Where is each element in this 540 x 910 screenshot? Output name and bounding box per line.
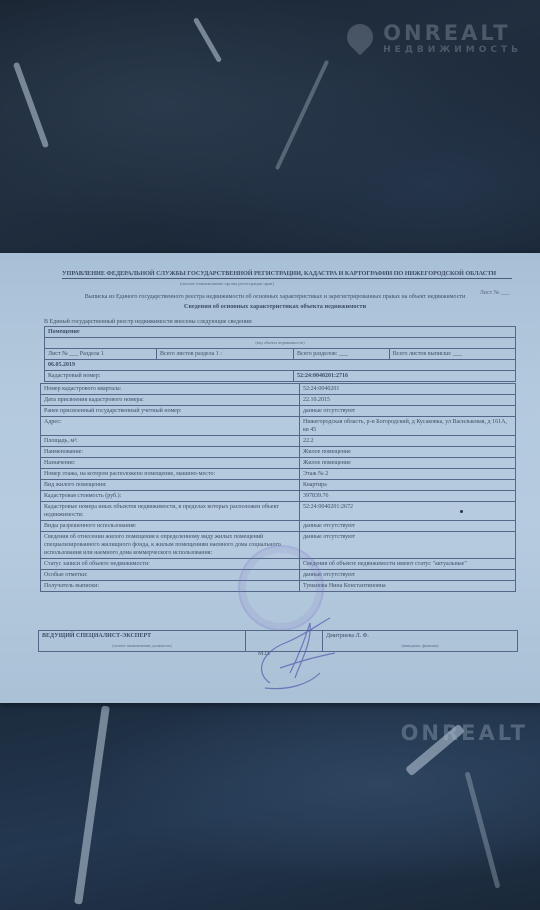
row-label: Кадастровая стоимость (руб.):	[41, 491, 300, 502]
row-label: Ранее присвоенный государственный учетны…	[41, 406, 300, 417]
agency-caption: (полное наименование органа регистрации …	[180, 281, 274, 286]
watermark-bottom: ONREALT	[401, 722, 528, 744]
table-row: Назначение:Жилое помещение	[41, 458, 516, 469]
row-label: Адрес:	[41, 417, 300, 436]
table-row: Дата присвоения кадастрового номера:22.1…	[41, 395, 516, 406]
table-row: Наименование:Жилое помещение	[41, 447, 516, 458]
row-value: Сведения об объекте недвижимости имеют с…	[300, 559, 516, 570]
table-row: Ранее присвоенный государственный учетны…	[41, 406, 516, 417]
extract-date: 06.05.2019	[45, 360, 516, 371]
row-value: 397839.76	[300, 491, 516, 502]
cadastral-number-label: Кадастровый номер:	[45, 371, 294, 382]
sheet-section: Лист № ___ Раздела 1	[45, 349, 157, 360]
row-label: Дата присвоения кадастрового номера:	[41, 395, 300, 406]
table-row: Номер этажа, на котором расположено поме…	[41, 469, 516, 480]
header-table: Помещение (вид объекта недвижимости) Лис…	[44, 326, 516, 382]
total-sheets-section: Всего листов раздела 1 :	[157, 349, 294, 360]
signer-name-caption: (инициалы, фамилия)	[323, 641, 518, 652]
total-sheets-extract: Всего листов выписки: ___	[389, 349, 515, 360]
row-value: Квартира	[300, 480, 516, 491]
row-value: данные отсутствуют	[300, 406, 516, 417]
table-row: Виды разрешенного использования:данные о…	[41, 521, 516, 532]
cadastral-number: 52:24:0040201:2716	[294, 371, 516, 382]
row-value: Жилое помещение	[300, 458, 516, 469]
row-value: данные отсутствуют	[300, 532, 516, 559]
document-subtitle: Сведения об основных характеристиках объ…	[35, 303, 515, 310]
row-label: Назначение:	[41, 458, 300, 469]
row-value: Туманова Нина Константиновна	[300, 581, 516, 592]
row-value: Жилое помещение	[300, 447, 516, 458]
table-row: Вид жилого помещения:Квартира	[41, 480, 516, 491]
extract-document: Управление федеральной службы государств…	[0, 253, 540, 703]
row-label: Наименование:	[41, 447, 300, 458]
row-value: 22.2	[300, 436, 516, 447]
signer-position: ВЕДУЩИЙ СПЕЦИАЛИСТ-ЭКСПЕРТ	[39, 631, 246, 642]
row-label: Номер кадастрового квартала:	[41, 384, 300, 395]
row-label: Площадь, м²:	[41, 436, 300, 447]
object-type-caption: (вид объекта недвижимости)	[45, 338, 516, 349]
watermark: ONREALT НЕДВИЖИМОСТЬ	[383, 22, 522, 56]
intro-text: В Единый государственный реестр недвижим…	[44, 319, 253, 325]
row-label: Кадастровые номера иных объектов недвижи…	[41, 502, 300, 521]
row-value: Этаж № 2	[300, 469, 516, 480]
row-value: данные отсутствуют	[300, 521, 516, 532]
document-title: Выписка из Единого государственного реес…	[35, 294, 515, 300]
table-row: Площадь, м²:22.2	[41, 436, 516, 447]
row-label: Номер этажа, на котором расположено поме…	[41, 469, 300, 480]
row-value: 22.10.2015	[300, 395, 516, 406]
agency-name: Управление федеральной службы государств…	[62, 270, 512, 279]
table-row: Номер кадастрового квартала:52:24:004020…	[41, 384, 516, 395]
signer-name: Дмитриева Л. Ф.	[323, 631, 518, 642]
row-value: 52:24:0040201:2672	[300, 502, 516, 521]
row-value: Нижегородская область, р-н Богородский, …	[300, 417, 516, 436]
table-row: Кадастровые номера иных объектов недвижи…	[41, 502, 516, 521]
row-value: 52:24:0040201	[300, 384, 516, 395]
row-label: Вид жилого помещения:	[41, 480, 300, 491]
signer-position-caption: (полное наименование должности)	[39, 641, 246, 652]
object-type: Помещение	[45, 327, 516, 338]
row-value: данные отсутствуют	[300, 570, 516, 581]
ink-dot	[460, 510, 463, 513]
row-label: Виды разрешенного использования:	[41, 521, 300, 532]
table-row: Кадастровая стоимость (руб.):397839.76	[41, 491, 516, 502]
total-sections: Всего разделов: ___	[294, 349, 390, 360]
handwritten-signature	[250, 613, 340, 693]
table-row: Адрес:Нижегородская область, р-н Богород…	[41, 417, 516, 436]
